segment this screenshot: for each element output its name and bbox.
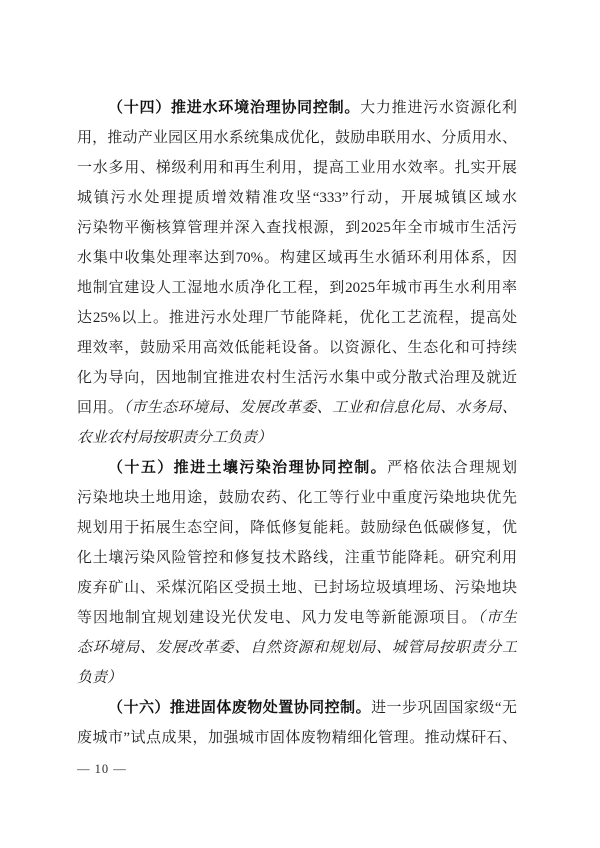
text-line: 负责） (77, 663, 517, 693)
text-segment-body: 化为导向，因地制宜推进农村生活污水集中或分散式治理及就近 (77, 370, 517, 386)
text-line: 废城市”试点成果，加强城市固体废物精细化管理。推动煤矸石、 (77, 723, 517, 753)
text-segment-body: 废城市”试点成果，加强城市固体废物精细化管理。推动煤矸石、 (77, 730, 517, 746)
text-line: 等因地制宜规划建设光伏发电、风力发电等新能源项目。（市生 (77, 603, 517, 633)
text-segment-heading: （十五）推进土壤污染治理协同控制。 (108, 460, 387, 476)
text-line: 水集中收集处理率达到70%。构建区域再生水循环利用体系，因 (77, 243, 517, 273)
page-number: — 10 — (77, 760, 127, 778)
text-segment-body: 污染地块土地用途，鼓励农药、化工等行业中重度污染地块优先 (77, 490, 517, 506)
text-segment-dept: 农业农村局按职责分工负责） (77, 430, 272, 446)
text-segment-body: 用，推动产业园区用水系统集成优化，鼓励串联用水、分质用水、 (77, 130, 517, 146)
text-segment-heading: （十六）推进固体废物处置协同控制。 (108, 700, 371, 716)
text-segment-heading: （十四）推进水环境治理协同控制。 (108, 100, 360, 116)
text-segment-body: 进一步巩固国家级“无 (371, 700, 517, 716)
text-line: 化为导向，因地制宜推进农村生活污水集中或分散式治理及就近 (77, 363, 517, 393)
text-line: 态环境局、发展改革委、自然资源和规划局、城管局按职责分工 (77, 633, 517, 663)
text-line: 化土壤污染风险管控和修复技术路线，注重节能降耗。研究利用 (77, 543, 517, 573)
text-segment-body: 达25%以上。推进污水处理厂节能降耗，优化工艺流程，提高处 (77, 310, 517, 326)
text-segment-body: 大力推进污水资源化利 (360, 100, 517, 116)
text-segment-body: 一水多用、梯级利用和再生利用，提高工业用水效率。扎实开展 (77, 160, 517, 176)
text-line: 城镇污水处理提质增效精准攻坚“333”行动，开展城镇区域水 (77, 183, 517, 213)
text-segment-body: 严格依法合理规划 (387, 460, 517, 476)
text-segment-body: 回用。 (77, 400, 123, 416)
text-segment-body: 化土壤污染风险管控和修复技术路线，注重节能降耗。研究利用 (77, 550, 517, 566)
text-segment-body: 水集中收集处理率达到70%。构建区域再生水循环利用体系，因 (77, 250, 517, 266)
text-segment-dept: （市生态环境局、发展改革委、工业和信息化局、水务局、 (123, 400, 517, 416)
text-line: 回用。（市生态环境局、发展改革委、工业和信息化局、水务局、 (77, 393, 517, 423)
text-line: 污染物平衡核算管理并深入查找根源，到2025年全市城市生活污 (77, 213, 517, 243)
text-line: 废弃矿山、采煤沉陷区受损土地、已封场垃圾填埋场、污染地块 (77, 573, 517, 603)
text-line: 理效率，鼓励采用高效低能耗设备。以资源化、生态化和可持续 (77, 333, 517, 363)
text-line: 一水多用、梯级利用和再生利用，提高工业用水效率。扎实开展 (77, 153, 517, 183)
text-segment-dept: 负责） (77, 670, 122, 686)
text-line: 污染地块土地用途，鼓励农药、化工等行业中重度污染地块优先 (77, 483, 517, 513)
text-line: （十五）推进土壤污染治理协同控制。严格依法合理规划 (77, 453, 517, 483)
text-segment-dept: 态环境局、发展改革委、自然资源和规划局、城管局按职责分工 (77, 640, 517, 656)
text-line: （十六）推进固体废物处置协同控制。进一步巩固国家级“无 (77, 693, 517, 723)
text-segment-body: 废弃矿山、采煤沉陷区受损土地、已封场垃圾填埋场、污染地块 (77, 580, 517, 596)
text-segment-body: 地制宜建设人工湿地水质净化工程，到2025年城市再生水利用率 (77, 280, 517, 296)
document-page: （十四）推进水环境治理协同控制。大力推进污水资源化利用，推动产业园区用水系统集成… (0, 0, 600, 848)
text-line: 规划用于拓展生态空间，降低修复能耗。鼓励绿色低碳修复，优 (77, 513, 517, 543)
text-line: 用，推动产业园区用水系统集成优化，鼓励串联用水、分质用水、 (77, 123, 517, 153)
text-line: 达25%以上。推进污水处理厂节能降耗，优化工艺流程，提高处 (77, 303, 517, 333)
document-body: （十四）推进水环境治理协同控制。大力推进污水资源化利用，推动产业园区用水系统集成… (77, 93, 517, 753)
text-segment-body: 理效率，鼓励采用高效低能耗设备。以资源化、生态化和可持续 (77, 340, 517, 356)
text-segment-body: 等因地制宜规划建设光伏发电、风力发电等新能源项目。 (77, 610, 477, 626)
text-segment-dept: （市生 (477, 610, 517, 626)
text-line: 地制宜建设人工湿地水质净化工程，到2025年城市再生水利用率 (77, 273, 517, 303)
text-line: （十四）推进水环境治理协同控制。大力推进污水资源化利 (77, 93, 517, 123)
text-segment-body: 城镇污水处理提质增效精准攻坚“333”行动，开展城镇区域水 (77, 190, 517, 206)
text-line: 农业农村局按职责分工负责） (77, 423, 517, 453)
text-segment-body: 污染物平衡核算管理并深入查找根源，到2025年全市城市生活污 (77, 220, 517, 236)
text-segment-body: 规划用于拓展生态空间，降低修复能耗。鼓励绿色低碳修复，优 (77, 520, 517, 536)
